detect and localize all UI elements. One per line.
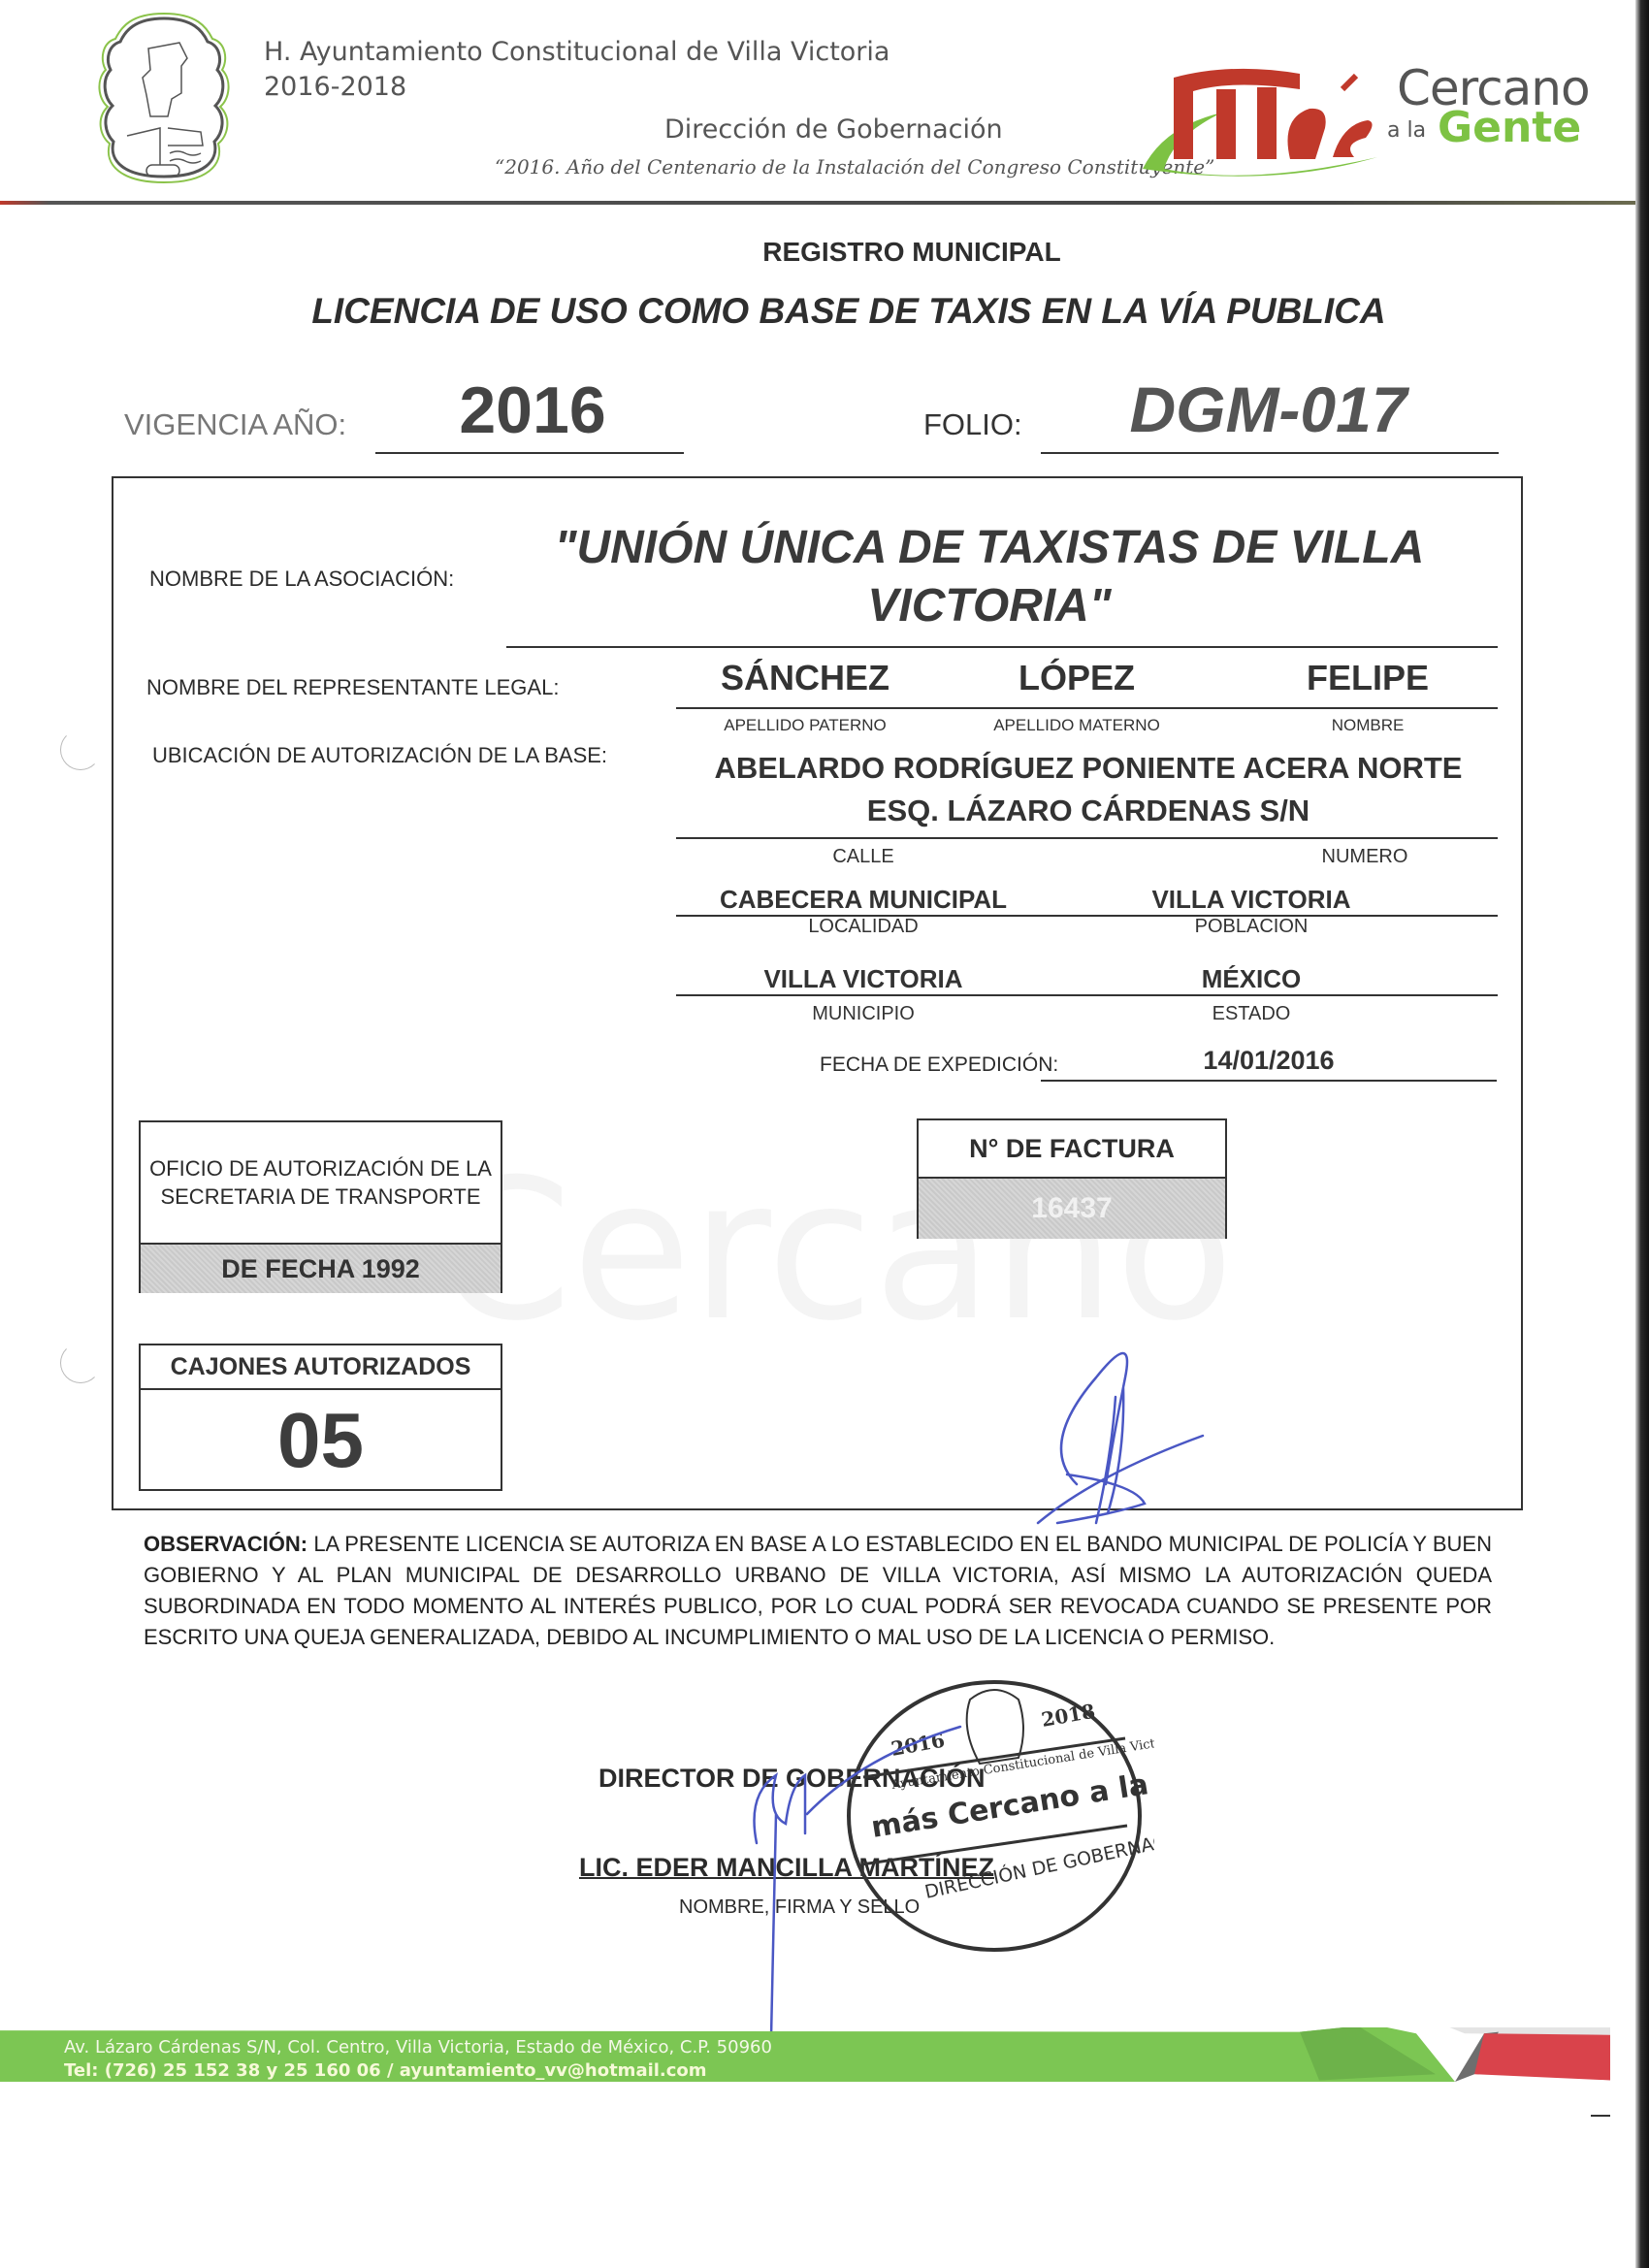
administration-period: 2016-2018 [264,70,889,105]
caption-apellido-paterno: APELLIDO PATERNO [679,716,931,735]
representative-label: NOMBRE DEL REPRESENTANTE LEGAL: [146,675,559,700]
address-line-2: ESQ. LÁZARO CÁRDENAS S/N [679,794,1498,828]
caption-poblacion: POBLACION [1086,916,1416,938]
poblacion-value: VILLA VICTORIA [1086,885,1416,915]
oficio-date-value: DE FECHA 1992 [141,1243,501,1293]
footer-address: Av. Lázaro Cárdenas S/N, Col. Centro, Vi… [64,2037,772,2057]
observation-label: OBSERVACIÓN: [144,1532,307,1556]
association-name: "UNIÓN ÚNICA DE TAXISTAS DE VILLA VICTOR… [504,519,1474,635]
apellido-materno: LÓPEZ [951,658,1203,698]
header-motto: “2016. Año del Centenario de la Instalac… [495,155,1214,178]
representative-underline [676,707,1498,709]
apellido-paterno: SÁNCHEZ [679,658,931,698]
caption-estado: ESTADO [1086,1003,1416,1025]
punch-hole [60,1343,101,1383]
invoice-number: 16437 [919,1177,1225,1239]
invoice-box: N° DE FACTURA 16437 [917,1118,1227,1239]
nombre: FELIPE [1242,658,1494,698]
address-underline [676,837,1498,839]
mas-cercano-logo-icon [1135,50,1406,186]
caption-localidad: LOCALIDAD [698,916,1028,938]
observation-paragraph: OBSERVACIÓN: LA PRESENTE LICENCIA SE AUT… [144,1529,1492,1653]
municipio-underline [676,994,1498,996]
caption-municipio: MUNICIPIO [698,1003,1028,1025]
estado-value: MÉXICO [1086,964,1416,994]
spaces-box: CAJONES AUTORIZADOS 05 [139,1344,502,1491]
registry-title: REGISTRO MUNICIPAL [0,237,1649,268]
folio-underline [1041,452,1499,454]
stamp-year-right: 2018 [1040,1700,1097,1732]
oficio-label: OFICIO DE AUTORIZACIÓN DE LA SECRETARIA … [141,1122,501,1243]
scan-edge [1635,0,1649,2268]
oficio-box: OFICIO DE AUTORIZACIÓN DE LA SECRETARIA … [139,1120,502,1293]
signature-scribble-icon [1018,1339,1251,1533]
organization-name: H. Ayuntamiento Constitucional de Villa … [264,35,889,70]
brand-gente: Gente [1438,103,1581,152]
issue-date-value: 14/01/2016 [1041,1046,1497,1076]
address-line-1: ABELARDO RODRÍGUEZ PONIENTE ACERA NORTE [679,751,1498,786]
brand-a-la: a la [1387,118,1426,143]
invoice-label: N° DE FACTURA [919,1120,1225,1177]
header-divider [0,201,1635,205]
director-signature-icon [718,1717,989,2047]
caption-calle: CALLE [766,846,960,868]
caption-apellido-materno: APELLIDO MATERNO [951,716,1203,735]
caption-nombre: NOMBRE [1242,716,1494,735]
association-underline [506,646,1498,648]
municipio-value: VILLA VICTORIA [698,964,1028,994]
folio-value: DGM-017 [1038,373,1499,446]
folio-label: FOLIO: [923,407,1022,442]
license-title: LICENCIA DE USO COMO BASE DE TAXIS EN LA… [0,291,1649,332]
punch-hole [60,729,101,770]
scan-mark [1591,2115,1610,2117]
header-organization: H. Ayuntamiento Constitucional de Villa … [264,35,889,105]
validity-year: 2016 [378,373,687,448]
spaces-label: CAJONES AUTORIZADOS [141,1345,501,1388]
validity-label: VIGENCIA AÑO: [124,407,346,442]
municipal-seal-logo-icon [92,10,236,186]
issue-date-underline [1041,1080,1497,1082]
issue-date-label: FECHA DE EXPEDICIÓN: [820,1053,1058,1077]
footer-contact: Tel: (726) 25 152 38 y 25 160 06 / ayunt… [64,2060,707,2081]
localidad-value: CABECERA MUNICIPAL [698,885,1028,915]
location-label: UBICACIÓN DE AUTORIZACIÓN DE LA BASE: [152,743,607,768]
validity-underline [375,452,684,454]
caption-numero: NUMERO [1268,846,1462,868]
association-label: NOMBRE DE LA ASOCIACIÓN: [149,567,454,592]
spaces-value: 05 [141,1388,501,1491]
header-department: Dirección de Gobernación [664,114,1003,145]
observation-text: LA PRESENTE LICENCIA SE AUTORIZA EN BASE… [144,1532,1492,1649]
